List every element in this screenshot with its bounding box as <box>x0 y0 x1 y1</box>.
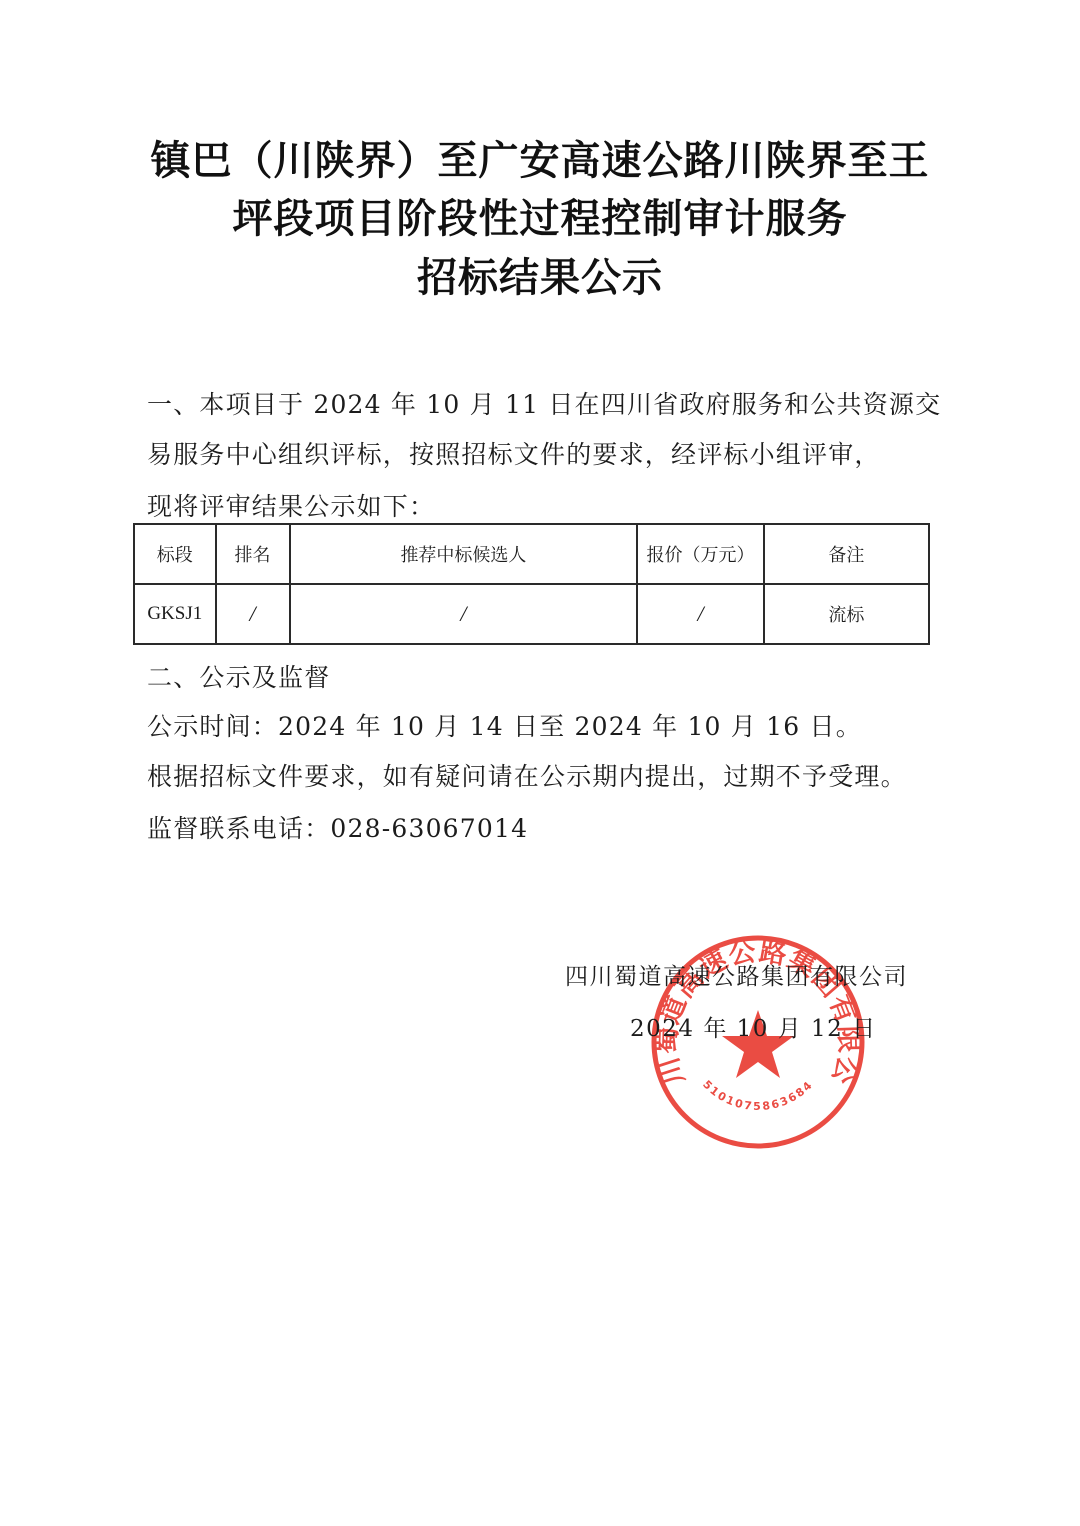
result-table: 标段 排名 推荐中标候选人 报价（万元） 备注 GKSJ1 / / / 流标 <box>133 523 930 645</box>
seal-code: 5101075863684 <box>700 1078 816 1113</box>
title-line-2: 坪段项目阶段性过程控制审计服务 <box>0 194 1080 244</box>
header-rank: 排名 <box>216 524 290 584</box>
title-line-1: 镇巴（川陕界）至广安高速公路川陕界至王 <box>0 136 1080 186</box>
header-lot: 标段 <box>134 524 216 584</box>
signature-date: 2024 年 10 月 12 日 <box>630 1010 877 1043</box>
header-price: 报价（万元） <box>637 524 763 584</box>
cell-rank: / <box>216 584 290 644</box>
objection-notice: 根据招标文件要求，如有疑问请在公示期内提出，过期不予受理。 <box>147 760 907 794</box>
title-line-3: 招标结果公示 <box>0 253 1080 303</box>
table-header-row: 标段 排名 推荐中标候选人 报价（万元） 备注 <box>134 524 929 584</box>
table-row: GKSJ1 / / / 流标 <box>134 584 929 644</box>
cell-candidate: / <box>290 584 638 644</box>
publicity-period: 公示时间：2024 年 10 月 14 日至 2024 年 10 月 16 日。 <box>147 710 862 744</box>
section-1-line-2: 易服务中心组织评标，按照招标文件的要求，经评标小组评审， <box>147 438 881 472</box>
section-2-heading: 二、公示及监督 <box>147 661 330 695</box>
section-1-line-1: 一、本项目于 2024 年 10 月 11 日在四川省政府服务和公共资源交 <box>147 388 941 422</box>
cell-lot: GKSJ1 <box>134 584 216 644</box>
svg-text:5101075863684: 5101075863684 <box>700 1078 816 1113</box>
cell-remarks: 流标 <box>764 584 929 644</box>
header-remarks: 备注 <box>764 524 929 584</box>
section-1-line-3: 现将评审结果公示如下： <box>147 490 435 524</box>
header-candidate: 推荐中标候选人 <box>290 524 638 584</box>
signature-organization: 四川蜀道高速公路集团有限公司 <box>565 958 908 991</box>
supervision-phone: 监督联系电话：028-63067014 <box>147 812 528 846</box>
cell-price: / <box>637 584 763 644</box>
